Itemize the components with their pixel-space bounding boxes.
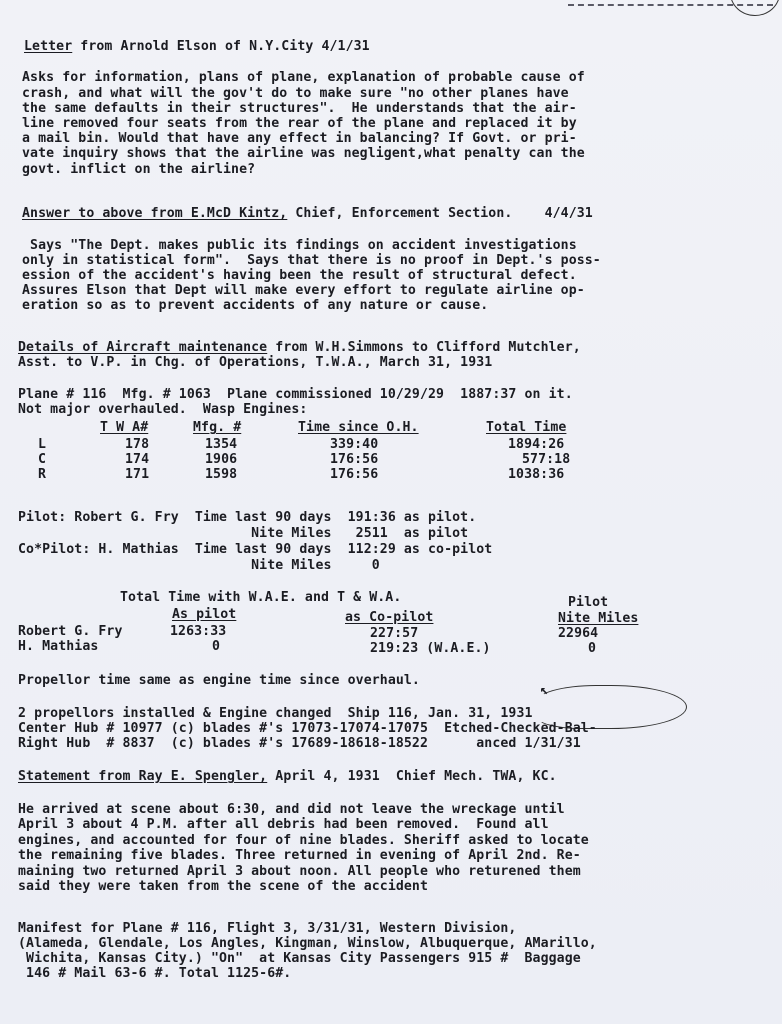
- engine-row-L-mfg: 1354: [205, 438, 237, 452]
- total-time-row-1-nite-miles: 22964: [558, 627, 598, 641]
- total-time-row-1-as-pilot: 1263:33: [170, 625, 226, 639]
- propellor-line-3: Right Hub # 8837 (c) blades #'s 17689-18…: [18, 737, 581, 751]
- engine-row-L-total: 1894:26: [508, 438, 564, 452]
- answer-line-1: Says "The Dept. makes public its finding…: [22, 239, 577, 253]
- engine-row-R-pos: R: [38, 468, 46, 482]
- engine-row-C-mfg: 1906: [205, 453, 237, 467]
- engine-row-L-pos: L: [38, 438, 46, 452]
- statement-heading-rest: April 4, 1931 Chief Mech. TWA, KC.: [267, 769, 556, 784]
- total-time-row-1-name: Robert G. Fry: [18, 625, 123, 639]
- crew-line-2: Nite Miles 2511 as pilot: [18, 527, 468, 541]
- letter-heading: Letter from Arnold Elson of N.Y.City 4/1…: [24, 40, 370, 54]
- letter-line-2: crash, and what will the gov't do to mak…: [22, 87, 569, 101]
- total-time-header-nite-miles: Nite Miles: [558, 612, 638, 626]
- answer-line-3: ession of the accident's having been the…: [22, 269, 577, 283]
- maintenance-heading-rest: from W.H.Simmons to Clifford Mutchler,: [267, 340, 581, 355]
- engine-row-R-since: 176:56: [330, 468, 378, 482]
- crew-line-4: Nite Miles 0: [18, 559, 380, 573]
- total-time-title: Total Time with W.A.E. and T & W.A.: [120, 591, 401, 605]
- total-time-row-1-as-copilot: 227:57: [370, 627, 418, 641]
- statement-line-4: the remaining five blades. Three returne…: [18, 849, 581, 863]
- answer-line-5: eration so as to prevent accidents of an…: [22, 299, 488, 313]
- statement-line-6: said they were taken from the scene of t…: [18, 880, 428, 894]
- total-time-header-as-pilot: As pilot: [172, 608, 236, 622]
- total-time-row-2-name: H. Mathias: [18, 640, 98, 654]
- crew-line-3: Co*Pilot: H. Mathias Time last 90 days 1…: [18, 543, 492, 557]
- statement-line-2: April 3 about 4 P.M. after all debris ha…: [18, 818, 549, 832]
- plane-line-1: Plane # 116 Mfg. # 1063 Plane commission…: [18, 388, 573, 402]
- engine-row-C-pos: C: [38, 453, 46, 467]
- letter-line-5: a mail bin. Would that have any effect i…: [22, 132, 577, 146]
- top-right-circle-icon: [730, 0, 780, 16]
- total-time-row-2-as-pilot: 0: [212, 640, 220, 654]
- engines-header-twa: T W A#: [100, 421, 148, 435]
- answer-heading: Answer to above from E.McD Kintz, Chief,…: [22, 207, 593, 221]
- manifest-line-3: Wichita, Kansas City.) "On" at Kansas Ci…: [18, 952, 581, 966]
- letter-heading-rest: from Arnold Elson of N.Y.City 4/1/31: [72, 39, 369, 54]
- propellor-note: Propellor time same as engine time since…: [18, 674, 420, 688]
- engine-row-R-total: 1038:36: [508, 468, 564, 482]
- maintenance-heading-underlined: Details of Aircraft maintenance: [18, 340, 267, 355]
- statement-heading: Statement from Ray E. Spengler, April 4,…: [18, 770, 557, 784]
- engine-row-C-since: 176:56: [330, 453, 378, 467]
- propellor-line-2: Center Hub # 10977 (c) blades #'s 17073-…: [18, 722, 597, 736]
- manifest-line-4: 146 # Mail 63-6 #. Total 1125-6#.: [18, 967, 291, 981]
- engine-row-L-since: 339:40: [330, 438, 378, 452]
- letter-line-6: vate inquiry shows that the airline was …: [22, 147, 585, 161]
- maintenance-heading: Details of Aircraft maintenance from W.H…: [18, 341, 581, 355]
- engine-row-L-twa: 178: [125, 438, 149, 452]
- engine-row-R-twa: 171: [125, 468, 149, 482]
- answer-heading-rest: Chief, Enforcement Section. 4/4/31: [287, 206, 593, 221]
- answer-heading-underlined: Answer to above from E.McD Kintz,: [22, 206, 287, 221]
- statement-heading-underlined: Statement from Ray E. Spengler,: [18, 769, 267, 784]
- arrow-mark-icon: ↖: [540, 682, 548, 698]
- total-time-row-2-as-copilot: 219:23 (W.A.E.): [370, 642, 491, 656]
- manifest-line-1: Manifest for Plane # 116, Flight 3, 3/31…: [18, 922, 516, 936]
- total-time-row-2-nite-miles: 0: [588, 642, 596, 656]
- letter-line-3: the same defaults in their structures". …: [22, 102, 577, 116]
- manifest-line-2: (Alameda, Glendale, Los Angles, Kingman,…: [18, 937, 597, 951]
- plane-line-2: Not major overhauled. Wasp Engines:: [18, 403, 307, 417]
- document-page: Letter from Arnold Elson of N.Y.City 4/1…: [0, 0, 782, 1024]
- engine-row-C-twa: 174: [125, 453, 149, 467]
- letter-line-7: govt. inflict on the airline?: [22, 163, 255, 177]
- statement-line-1: He arrived at scene about 6:30, and did …: [18, 803, 565, 817]
- total-time-pilot-label: Pilot: [568, 596, 608, 610]
- answer-line-2: only in statistical form". Says that the…: [22, 254, 601, 268]
- crew-line-1: Pilot: Robert G. Fry Time last 90 days 1…: [18, 511, 476, 525]
- answer-line-4: Assures Elson that Dept will make every …: [22, 284, 585, 298]
- statement-line-3: engines, and accounted for four of nine …: [18, 834, 589, 848]
- propellor-line-1: 2 propellors installed & Engine changed …: [18, 707, 533, 721]
- engines-header-since-oh: Time since O.H.: [298, 421, 419, 435]
- letter-line-1: Asks for information, plans of plane, ex…: [22, 71, 585, 85]
- engines-header-mfg: Mfg. #: [193, 421, 241, 435]
- engines-header-total: Total Time: [486, 421, 566, 435]
- letter-line-4: line removed four seats from the rear of…: [22, 117, 577, 131]
- statement-line-5: maining two returned April 3 about noon.…: [18, 865, 581, 879]
- letter-heading-underlined: Letter: [24, 39, 72, 54]
- engine-row-C-total: 577:18: [522, 453, 570, 467]
- total-time-header-as-copilot: as Co-pilot: [345, 611, 433, 625]
- maintenance-heading-line2: Asst. to V.P. in Chg. of Operations, T.W…: [18, 356, 492, 370]
- engine-row-R-mfg: 1598: [205, 468, 237, 482]
